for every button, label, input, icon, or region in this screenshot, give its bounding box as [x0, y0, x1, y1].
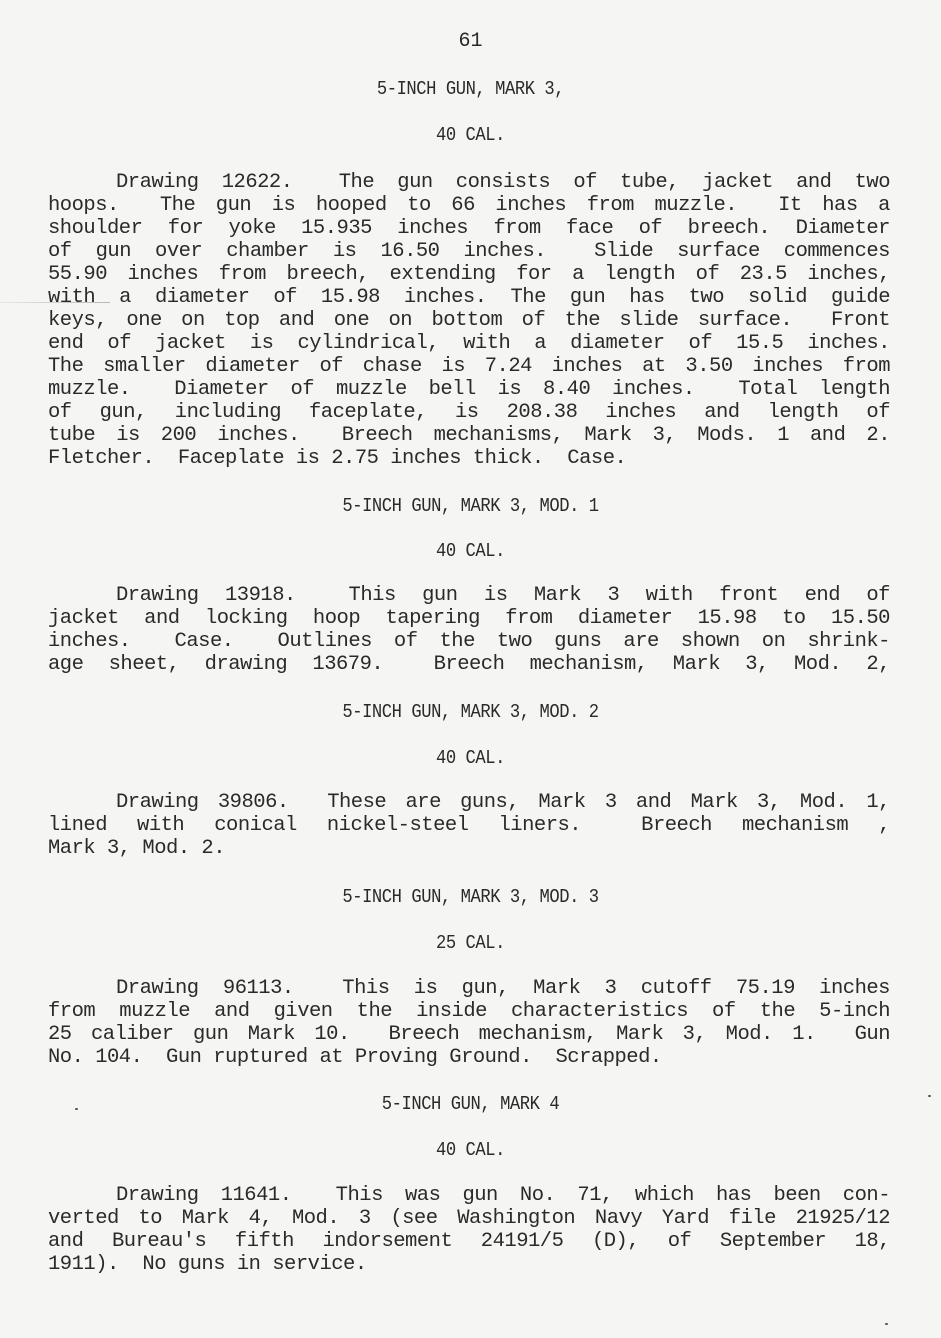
section-title: 5-INCH GUN, MARK 3, MOD. 3	[56, 886, 884, 908]
body-line: from muzzle and given the inside charact…	[48, 1000, 890, 1023]
scan-speck	[75, 1108, 78, 1110]
section-caliber: 40 CAL.	[56, 1139, 884, 1161]
body-line: Drawing 39806. These are guns, Mark 3 an…	[48, 791, 890, 814]
section-title: 5-INCH GUN, MARK 4	[56, 1093, 884, 1115]
body-line: of gun, including faceplate, is 208.38 i…	[48, 401, 890, 424]
body-line: 1911). No guns in service.	[48, 1253, 890, 1276]
section-title: 5-INCH GUN, MARK 3, MOD. 1	[56, 495, 884, 517]
body-line: jacket and locking hoop tapering from di…	[48, 607, 890, 630]
body-line: tube is 200 inches. Breech mechanisms, M…	[48, 424, 890, 447]
body-line: lined with conical nickel-steel liners. …	[48, 814, 890, 837]
body-line: No. 104. Gun ruptured at Proving Ground.…	[48, 1046, 890, 1069]
section-caliber: 40 CAL.	[56, 540, 884, 562]
section-caliber: 40 CAL.	[56, 747, 884, 769]
section-body: Drawing 39806. These are guns, Mark 3 an…	[48, 791, 890, 860]
body-line: muzzle. Diameter of muzzle bell is 8.40 …	[48, 378, 890, 401]
scan-speck	[885, 1323, 888, 1325]
section-title: 5-INCH GUN, MARK 3, MOD. 2	[56, 701, 884, 723]
section-body: Drawing 96113. This is gun, Mark 3 cutof…	[48, 977, 890, 1069]
section-body: Drawing 12622. The gun consists of tube,…	[48, 171, 890, 470]
section-body: Drawing 13918. This gun is Mark 3 with f…	[48, 584, 890, 676]
body-line: 55.90 inches from breech, extending for …	[48, 263, 890, 286]
body-line: end of jacket is cylindrical, with a dia…	[48, 332, 890, 355]
page-number: 61	[0, 30, 941, 53]
body-line: Drawing 12622. The gun consists of tube,…	[48, 171, 890, 194]
body-line: Drawing 11641. This was gun No. 71, whic…	[48, 1184, 890, 1207]
scan-speck	[928, 1095, 931, 1097]
body-line: Drawing 13918. This gun is Mark 3 with f…	[48, 584, 890, 607]
document-page: 61 5-INCH GUN, MARK 3, 40 CAL. Drawing 1…	[0, 0, 941, 1338]
section-title: 5-INCH GUN, MARK 3,	[56, 78, 884, 100]
body-line: keys, one on top and one on bottom of th…	[48, 309, 890, 332]
body-line: verted to Mark 4, Mod. 3 (see Washington…	[48, 1207, 890, 1230]
body-line: and Bureau's fifth indorsement 24191/5 (…	[48, 1230, 890, 1253]
section-caliber: 40 CAL.	[56, 124, 884, 146]
body-line: with a diameter of 15.98 inches. The gun…	[48, 286, 890, 309]
body-line: inches. Case. Outlines of the two guns a…	[48, 630, 890, 653]
body-line: age sheet, drawing 13679. Breech mechani…	[48, 653, 890, 676]
body-line: Drawing 96113. This is gun, Mark 3 cutof…	[48, 977, 890, 1000]
body-line: 25 caliber gun Mark 10. Breech mechanism…	[48, 1023, 890, 1046]
section-caliber: 25 CAL.	[56, 932, 884, 954]
body-line: shoulder for yoke 15.935 inches from fac…	[48, 217, 890, 240]
body-line: hoops. The gun is hooped to 66 inches fr…	[48, 194, 890, 217]
section-body: Drawing 11641. This was gun No. 71, whic…	[48, 1184, 890, 1276]
body-line: Mark 3, Mod. 2.	[48, 837, 890, 860]
body-line: of gun over chamber is 16.50 inches. Sli…	[48, 240, 890, 263]
body-line: The smaller diameter of chase is 7.24 in…	[48, 355, 890, 378]
body-line: Fletcher. Faceplate is 2.75 inches thick…	[48, 447, 890, 470]
